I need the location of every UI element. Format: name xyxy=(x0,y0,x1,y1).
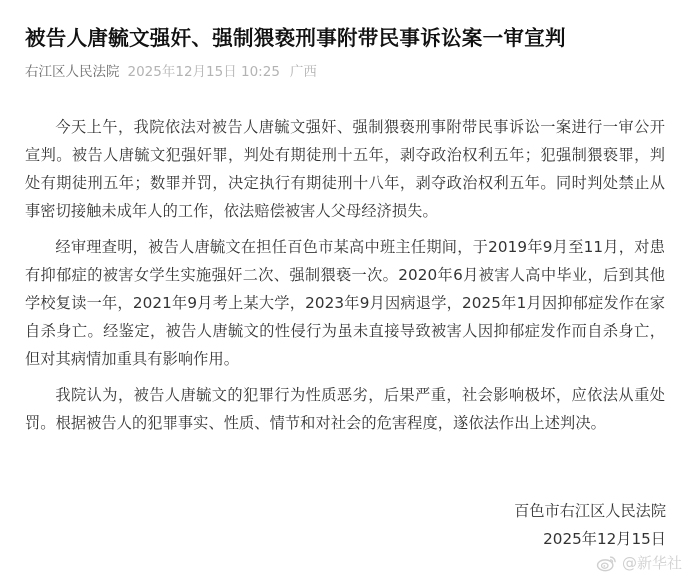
watermark: @新华社 xyxy=(596,552,682,573)
signature-date: 2025年12月15日 xyxy=(514,525,666,553)
paragraph-verdict: 今天上午，我院依法对被告人唐毓文强奸、强制猥亵刑事附带民事诉讼一案进行一审公开宣… xyxy=(25,113,665,225)
article-region: 广西 xyxy=(290,64,317,80)
paragraph-facts: 经审理查明，被告人唐毓文在担任百色市某高中班主任期间，于2019年9月至11月，… xyxy=(25,233,665,373)
article-title: 被告人唐毓文强奸、强制猥亵刑事附带民事诉讼案一审宣判 xyxy=(25,23,566,53)
article-body: 今天上午，我院依法对被告人唐毓文强奸、强制猥亵刑事附带民事诉讼一案进行一审公开宣… xyxy=(25,113,665,445)
signature-block: 百色市右江区人民法院 2025年12月15日 xyxy=(514,497,666,553)
signature-court: 百色市右江区人民法院 xyxy=(514,497,666,525)
watermark-text: @新华社 xyxy=(622,552,682,573)
article-datetime: 2025年12月15日 10:25 xyxy=(128,64,280,80)
weibo-icon xyxy=(596,554,618,572)
paragraph-opinion: 我院认为，被告人唐毓文的犯罪行为性质恶劣，后果严重，社会影响极坏，应依法从重处罚… xyxy=(25,381,665,437)
article-source[interactable]: 右江区人民法院 xyxy=(25,64,120,80)
article-meta: 右江区人民法院2025年12月15日 10:25广西 xyxy=(25,62,317,82)
